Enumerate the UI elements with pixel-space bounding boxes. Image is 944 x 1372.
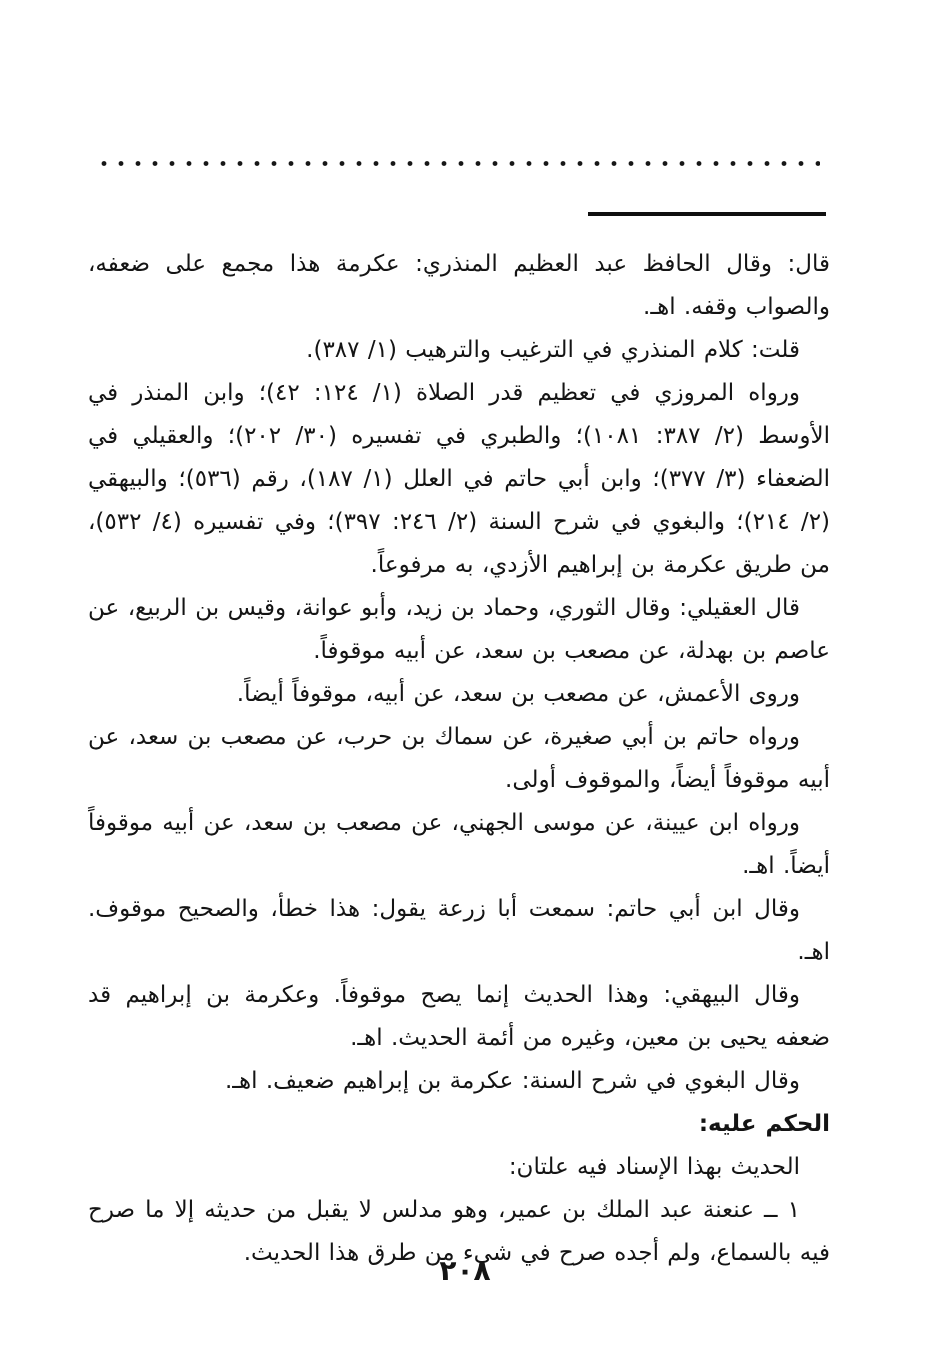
paragraph-qultu: قلت: كلام المنذري في الترغيب والترهيب (١… (88, 329, 830, 372)
page-number: ٢٠٨ (365, 1254, 565, 1287)
paragraph-ibn-uyayna-riwaya: ورواه ابن عيينة، عن موسى الجهني، عن مصعب… (88, 802, 830, 888)
paragraph-baghawi-quote: وقال البغوي في شرح السنة: عكرمة بن إبراه… (88, 1060, 830, 1103)
paragraph-uqayli-quote: قال العقيلي: وقال الثوري، وحماد بن زيد، … (88, 587, 830, 673)
section-heading-ruling: الحكم عليه: (88, 1103, 830, 1146)
paragraph-takhrij-sources: ورواه المروزي في تعظيم قدر الصلاة (١/ ١٢… (88, 372, 830, 587)
paragraph-bayhaqi-quote: وقال البيهقي: وهذا الحديث إنما يصح موقوف… (88, 974, 830, 1060)
scanned-book-page: قال: وقال الحافظ عبد العظيم المنذري: عكر… (0, 0, 944, 1372)
dotted-elision-line (101, 160, 820, 167)
paragraph-two-defects-intro: الحديث بهذا الإسناد فيه علتان: (88, 1146, 830, 1189)
paragraph-ibn-abi-hatim-quote: وقال ابن أبي حاتم: سمعت أبا زرعة يقول: ه… (88, 888, 830, 974)
footnote-separator-rule (588, 212, 826, 216)
paragraph-hatim-riwaya: ورواه حاتم بن أبي صغيرة، عن سماك بن حرب،… (88, 716, 830, 802)
paragraph-amash-riwaya: وروى الأعمش، عن مصعب بن سعد، عن أبيه، مو… (88, 673, 830, 716)
paragraph-footnote-continuation: قال: وقال الحافظ عبد العظيم المنذري: عكر… (88, 243, 830, 329)
text-block: قال: وقال الحافظ عبد العظيم المنذري: عكر… (88, 243, 830, 1275)
